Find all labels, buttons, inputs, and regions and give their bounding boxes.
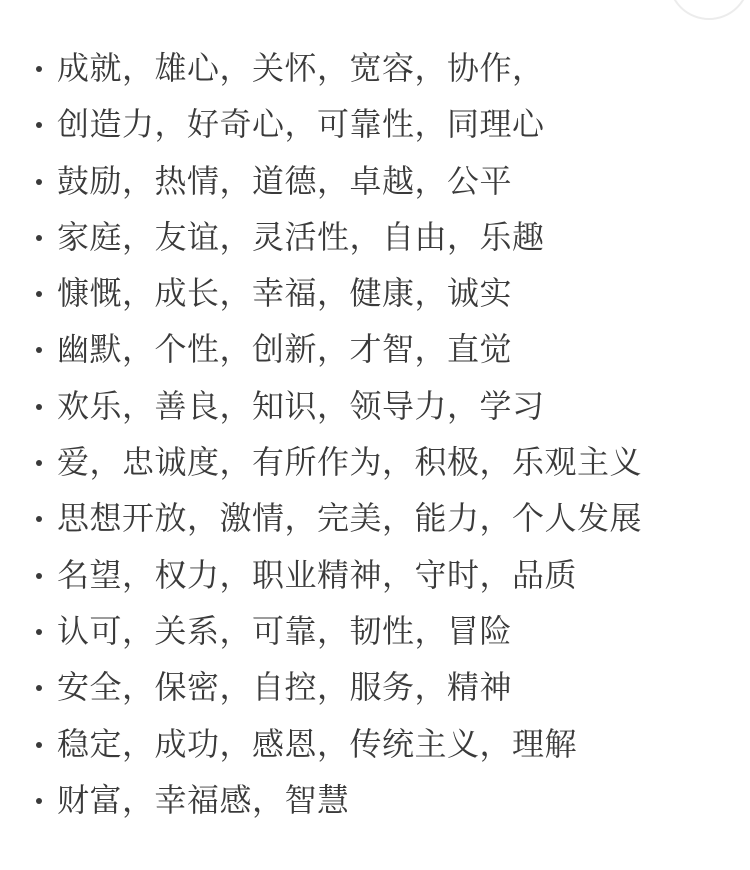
bullet-icon bbox=[36, 347, 42, 353]
list-item-text: 成就，雄心，关怀，宽容，协作， bbox=[57, 49, 545, 87]
list-item-text: 爱，忠诚度，有所作为，积极，乐观主义 bbox=[57, 443, 642, 481]
bullet-icon bbox=[36, 404, 42, 410]
list-item: 欢乐，善良，知识，领导力，学习 bbox=[0, 378, 642, 434]
list-item-text: 名望，权力，职业精神，守时，品质 bbox=[57, 556, 577, 594]
list-item: 幽默，个性，创新，才智，直觉 bbox=[0, 321, 642, 377]
list-item: 成就，雄心，关怀，宽容，协作， bbox=[0, 40, 642, 96]
list-item: 爱，忠诚度，有所作为，积极，乐观主义 bbox=[0, 434, 642, 490]
bullet-icon bbox=[36, 685, 42, 691]
bullet-icon bbox=[36, 291, 42, 297]
list-item-text: 鼓励，热情，道德，卓越，公平 bbox=[57, 162, 512, 200]
list-item: 名望，权力，职业精神，守时，品质 bbox=[0, 547, 642, 603]
list-item-text: 慷慨，成长，幸福，健康，诚实 bbox=[57, 274, 512, 312]
list-item-text: 财富，幸福感，智慧 bbox=[57, 781, 350, 819]
values-list: 成就，雄心，关怀，宽容，协作， 创造力，好奇心，可靠性，同理心 鼓励，热情，道德… bbox=[0, 40, 642, 828]
bullet-icon bbox=[36, 516, 42, 522]
bullet-icon bbox=[36, 66, 42, 72]
bullet-icon bbox=[36, 573, 42, 579]
bullet-icon bbox=[36, 629, 42, 635]
list-item-text: 安全，保密，自控，服务，精神 bbox=[57, 668, 512, 706]
list-item-text: 认可，关系，可靠，韧性，冒险 bbox=[57, 612, 512, 650]
list-item-text: 稳定，成功，感恩，传统主义，理解 bbox=[57, 725, 577, 763]
list-item-text: 思想开放，激情，完美，能力，个人发展 bbox=[57, 499, 642, 537]
list-item: 鼓励，热情，道德，卓越，公平 bbox=[0, 153, 642, 209]
list-item-text: 家庭，友谊，灵活性，自由，乐趣 bbox=[57, 218, 545, 256]
list-item: 认可，关系，可靠，韧性，冒险 bbox=[0, 603, 642, 659]
list-item: 稳定，成功，感恩，传统主义，理解 bbox=[0, 716, 642, 772]
bullet-icon bbox=[36, 460, 42, 466]
list-item-text: 幽默，个性，创新，才智，直觉 bbox=[57, 330, 512, 368]
list-item: 创造力，好奇心，可靠性，同理心 bbox=[0, 96, 642, 152]
list-item: 家庭，友谊，灵活性，自由，乐趣 bbox=[0, 209, 642, 265]
corner-circle-decoration bbox=[668, 0, 750, 20]
list-item-text: 欢乐，善良，知识，领导力，学习 bbox=[57, 387, 545, 425]
list-item-text: 创造力，好奇心，可靠性，同理心 bbox=[57, 105, 545, 143]
list-item: 安全，保密，自控，服务，精神 bbox=[0, 659, 642, 715]
bullet-icon bbox=[36, 798, 42, 804]
bullet-icon bbox=[36, 122, 42, 128]
bullet-icon bbox=[36, 742, 42, 748]
bullet-icon bbox=[36, 179, 42, 185]
bullet-icon bbox=[36, 235, 42, 241]
list-item: 财富，幸福感，智慧 bbox=[0, 772, 642, 828]
list-item: 慷慨，成长，幸福，健康，诚实 bbox=[0, 265, 642, 321]
list-item: 思想开放，激情，完美，能力，个人发展 bbox=[0, 490, 642, 546]
